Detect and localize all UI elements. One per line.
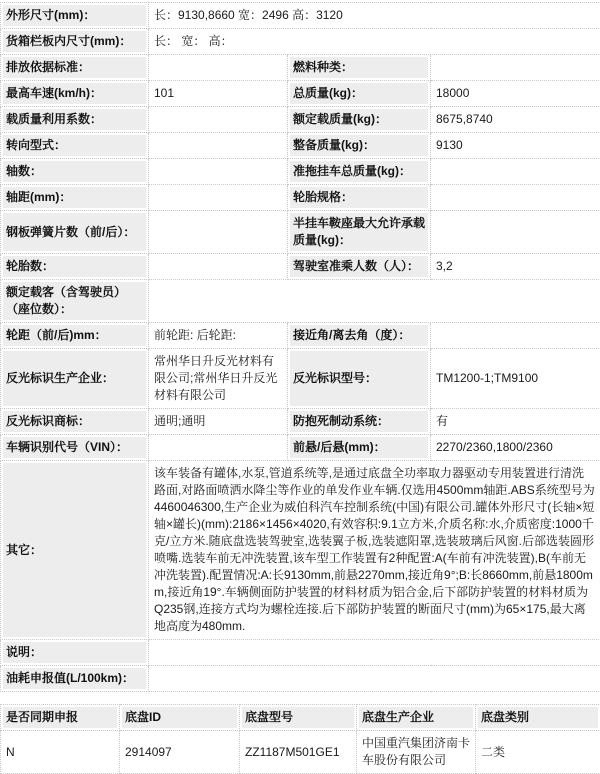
chassis-header-id: 底盘ID: [120, 705, 240, 731]
spec-label: 接近角/离去角（度）：: [288, 323, 431, 349]
spec-row-fuel-consumption: 油耗申报值(L/100km)：: [1, 666, 600, 692]
spec-label: 额定载客（含驾驶员）（座位数）：: [1, 280, 149, 323]
spec-value: 长： 宽： 高：: [149, 29, 600, 55]
spec-value: [149, 640, 600, 666]
spec-value: 3,2: [431, 254, 600, 280]
spec-label: 总质量(kg)：: [288, 81, 431, 107]
chassis-header-manufacturer: 底盘生产企业: [357, 705, 476, 731]
spec-label: 排放依据标准：: [1, 55, 149, 81]
chassis-header-model: 底盘型号: [240, 705, 357, 731]
spec-label: 钢板弹簧片数（前/后）：: [1, 211, 149, 254]
spec-row-load-factor: 载质量利用系数： 额定载质量(kg)： 8675,8740: [1, 107, 600, 133]
spec-label: 驾驶室准乘人数（人）：: [288, 254, 431, 280]
chassis-model: ZZ1187M501GE1: [240, 731, 357, 774]
spec-value: TM1200-1;TM9100: [431, 349, 600, 409]
spec-row-notes: 说明：: [1, 640, 600, 666]
spec-value: 长：9130,8660 宽：2496 高：3120: [149, 3, 600, 29]
spec-value: 9130: [431, 133, 600, 159]
spec-label: 其它：: [1, 461, 149, 640]
spec-row-wheelbase-tyre: 轴距(mm)： 轮胎规格：: [1, 185, 600, 211]
spec-label: 货箱栏板内尺寸(mm)：: [1, 29, 149, 55]
spec-label: 说明：: [1, 640, 149, 666]
spec-label: 反光标识型号：: [288, 349, 431, 409]
spec-value: [431, 55, 600, 81]
spec-value: [149, 666, 600, 692]
spec-label: 车辆识别代号（VIN）：: [1, 435, 149, 461]
spec-label: 轮距（前/后)mm：: [1, 323, 149, 349]
spec-value: [149, 55, 288, 81]
spec-row-steering-curb: 转向型式： 整备质量(kg)： 9130: [1, 133, 600, 159]
spec-row-other: 其它： 该车装备有罐体,水泵,管道系统等,是通过底盘全功率取力器驱动专用装置进行…: [1, 461, 600, 640]
spec-row-reflector-maker: 反光标识生产企业： 常州华日升反光材料有限公司;常州华日升反光材料有限公司 反光…: [1, 349, 600, 409]
spec-label: 燃料种类：: [288, 55, 431, 81]
spec-value: [431, 185, 600, 211]
spec-value: 常州华日升反光材料有限公司;常州华日升反光材料有限公司: [149, 349, 288, 409]
spec-label: 转向型式：: [1, 133, 149, 159]
spec-value: [149, 435, 288, 461]
spec-value: [149, 107, 288, 133]
spec-label: 反光标识商标：: [1, 409, 149, 435]
spec-label: 油耗申报值(L/100km)：: [1, 666, 149, 692]
spec-label: 防抱死制动系统：: [288, 409, 431, 435]
spec-row-axles-trailer: 轴数： 准拖挂车总质量(kg)：: [1, 159, 600, 185]
spec-value: [149, 211, 288, 254]
spec-label: 轮胎数：: [1, 254, 149, 280]
spec-label: 最高车速(km/h)：: [1, 81, 149, 107]
spec-value: 2270/2360,1800/2360: [431, 435, 600, 461]
spec-row-reflector-brand-abs: 反光标识商标： 通明;通明 防抱死制动系统： 有: [1, 409, 600, 435]
spec-value: [431, 211, 600, 254]
spec-table: 外形尺寸(mm)： 长：9130,8660 宽：2496 高：3120 货箱栏板…: [0, 2, 600, 692]
spec-value: 有: [431, 409, 600, 435]
spec-row-emission-fuel: 排放依据标准： 燃料种类：: [1, 55, 600, 81]
spec-value: 101: [149, 81, 288, 107]
spec-value: 通明;通明: [149, 409, 288, 435]
table-gap: [0, 692, 600, 704]
chassis-header-category: 底盘类别: [476, 705, 600, 731]
spec-row-track-angles: 轮距（前/后)mm： 前轮距: 后轮距: 接近角/离去角（度）：: [1, 323, 600, 349]
spec-value: [149, 159, 288, 185]
chassis-header-row: 是否同期申报 底盘ID 底盘型号 底盘生产企业 底盘类别: [1, 705, 600, 731]
spec-row-vin-overhang: 车辆识别代号（VIN）： 前悬/后悬(mm)： 2270/2360,1800/2…: [1, 435, 600, 461]
chassis-id: 2914097: [120, 731, 240, 774]
spec-label: 反光标识生产企业：: [1, 349, 149, 409]
spec-value: [149, 280, 600, 323]
spec-label: 整备质量(kg)：: [288, 133, 431, 159]
spec-value: [149, 185, 288, 211]
spec-row-dimensions: 外形尺寸(mm)： 长：9130,8660 宽：2496 高：3120: [1, 3, 600, 29]
spec-row-cargo-box: 货箱栏板内尺寸(mm)： 长： 宽： 高：: [1, 29, 600, 55]
chassis-header-same-period: 是否同期申报: [1, 705, 120, 731]
spec-label: 外形尺寸(mm)：: [1, 3, 149, 29]
spec-label: 轴数：: [1, 159, 149, 185]
spec-row-speed-mass: 最高车速(km/h)： 101 总质量(kg)： 18000: [1, 81, 600, 107]
vehicle-spec-page: 外形尺寸(mm)： 长：9130,8660 宽：2496 高：3120 货箱栏板…: [0, 0, 600, 774]
chassis-data-row: N 2914097 ZZ1187M501GE1 中国重汽集团济南卡车股份有限公司…: [1, 731, 600, 774]
spec-row-passengers: 额定载客（含驾驶员）（座位数）：: [1, 280, 600, 323]
spec-value: 8675,8740: [431, 107, 600, 133]
spec-value: [431, 159, 600, 185]
spec-value: [149, 133, 288, 159]
spec-value: [149, 254, 288, 280]
spec-value: [431, 323, 600, 349]
chassis-table: 是否同期申报 底盘ID 底盘型号 底盘生产企业 底盘类别 N 2914097 Z…: [0, 704, 600, 774]
spec-row-tyres-seats: 轮胎数： 驾驶室准乘人数（人）： 3,2: [1, 254, 600, 280]
spec-label: 载质量利用系数：: [1, 107, 149, 133]
spec-label: 轮胎规格：: [288, 185, 431, 211]
chassis-manufacturer: 中国重汽集团济南卡车股份有限公司: [357, 731, 476, 774]
spec-value: 前轮距: 后轮距:: [149, 323, 288, 349]
chassis-category: 二类: [476, 731, 600, 774]
spec-label: 半挂车鞍座最大允许承载质量(kg)：: [288, 211, 431, 254]
spec-label: 额定载质量(kg)：: [288, 107, 431, 133]
spec-label: 轴距(mm)：: [1, 185, 149, 211]
chassis-same-period: N: [1, 731, 120, 774]
spec-value: 18000: [431, 81, 600, 107]
spec-label: 前悬/后悬(mm)：: [288, 435, 431, 461]
spec-row-springs-saddle: 钢板弹簧片数（前/后）： 半挂车鞍座最大允许承载质量(kg)：: [1, 211, 600, 254]
other-remarks-text: 该车装备有罐体,水泵,管道系统等,是通过底盘全功率取力器驱动专用装置进行清洗路面…: [149, 461, 600, 640]
spec-label: 准拖挂车总质量(kg)：: [288, 159, 431, 185]
